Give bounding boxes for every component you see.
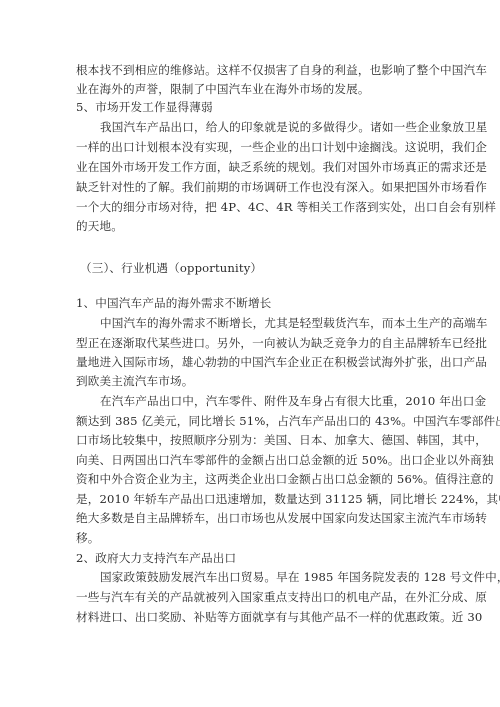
paragraph-line: 额达到 385 亿美元，同比增长 51%，占汽车产品出口的 43%。中国汽车零部… (76, 414, 426, 428)
paragraph-line: 资和中外合资企业为主，这两类企业出口金额占出口总金额的 56%。值得注意的 (76, 472, 426, 486)
paragraph-line: 绝大多数是自主品牌轿车，出口市场也从发展中国家向发达国家主流汽车市场转 (76, 511, 426, 525)
paragraph-line: 材料进口、出口奖励、补贴等方面就享有与其他产品不一样的优惠政策。近 30 (76, 610, 426, 624)
paragraph-line: 型正在逐渐取代某些进口。另外，一向被认为缺乏竞争力的自主品牌轿车已经批 (76, 336, 426, 350)
section-heading: 5、市场开发工作显得薄弱 (76, 100, 426, 114)
paragraph-line: 的天地。 (76, 219, 426, 233)
paragraph-line: 量地进入国际市场，雄心勃勃的中国汽车企业正在积极尝试海外扩张，出口产品 (76, 355, 426, 369)
paragraph-line: 一样的出口计划根本没有实现，一些企业的出口计划中途搁浅。这说明，我们企 (76, 140, 426, 154)
paragraph-line: 我国汽车产品出口，给人的印象就是说的多做得少。诸如一些企业象放卫星 (100, 120, 426, 134)
paragraph-line: 一个大的细分市场对待，把 4P、4C、4R 等相关工作落到实处，出口自会有别样 (76, 200, 426, 214)
chapter-heading: （三）、行业机遇（opportunity） (80, 261, 430, 275)
paragraph-line: 中国汽车的海外需求不断增长，尤其是轻型载货汽车，而本土生产的高端车 (100, 316, 426, 330)
paragraph-line: 业在海外的声誉，限制了中国汽车业在海外市场的发展。 (76, 82, 426, 96)
paragraph-line: 国家政策鼓励发展汽车出口贸易。早在 1985 年国务院发表的 128 号文件中， (100, 570, 426, 584)
paragraph-line: 一些与汽车有关的产品就被列入国家重点支持出口的机电产品，在外汇分成、原 (76, 590, 426, 604)
paragraph-line: 向美、日两国出口汽车零部件的金额占出口总金额的近 50%。出口企业以外商独 (76, 453, 426, 467)
paragraph-line: 业在国外市场开发工作方面，缺乏系统的规划。我们对国外市场真正的需求还是 (76, 160, 426, 174)
paragraph-line: 口市场比较集中，按照顺序分别为：美国、日本、加拿大、德国、韩国，其中， (76, 433, 426, 447)
document-page: 根本找不到相应的维修站。这样不仅损害了自身的利益，也影响了整个中国汽车 业在海外… (0, 0, 500, 707)
paragraph-line: 是，2010 年轿车产品出口迅速增加，数量达到 31125 辆，同比增长 224… (76, 492, 426, 506)
paragraph-line: 缺乏针对性的了解。我们前期的市场调研工作也没有深入。如果把国外市场看作 (76, 180, 426, 194)
section-heading: 1、中国汽车产品的海外需求不断增长 (76, 296, 426, 310)
paragraph-line: 在汽车产品出口中，汽车零件、附件及车身占有很大比重，2010 年出口金 (100, 394, 426, 408)
paragraph-line: 移。 (76, 531, 426, 545)
paragraph-line: 到欧美主流汽车市场。 (76, 374, 426, 388)
section-heading: 2、政府大力支持汽车产品出口 (76, 551, 426, 565)
paragraph-line: 根本找不到相应的维修站。这样不仅损害了自身的利益，也影响了整个中国汽车 (76, 63, 426, 77)
